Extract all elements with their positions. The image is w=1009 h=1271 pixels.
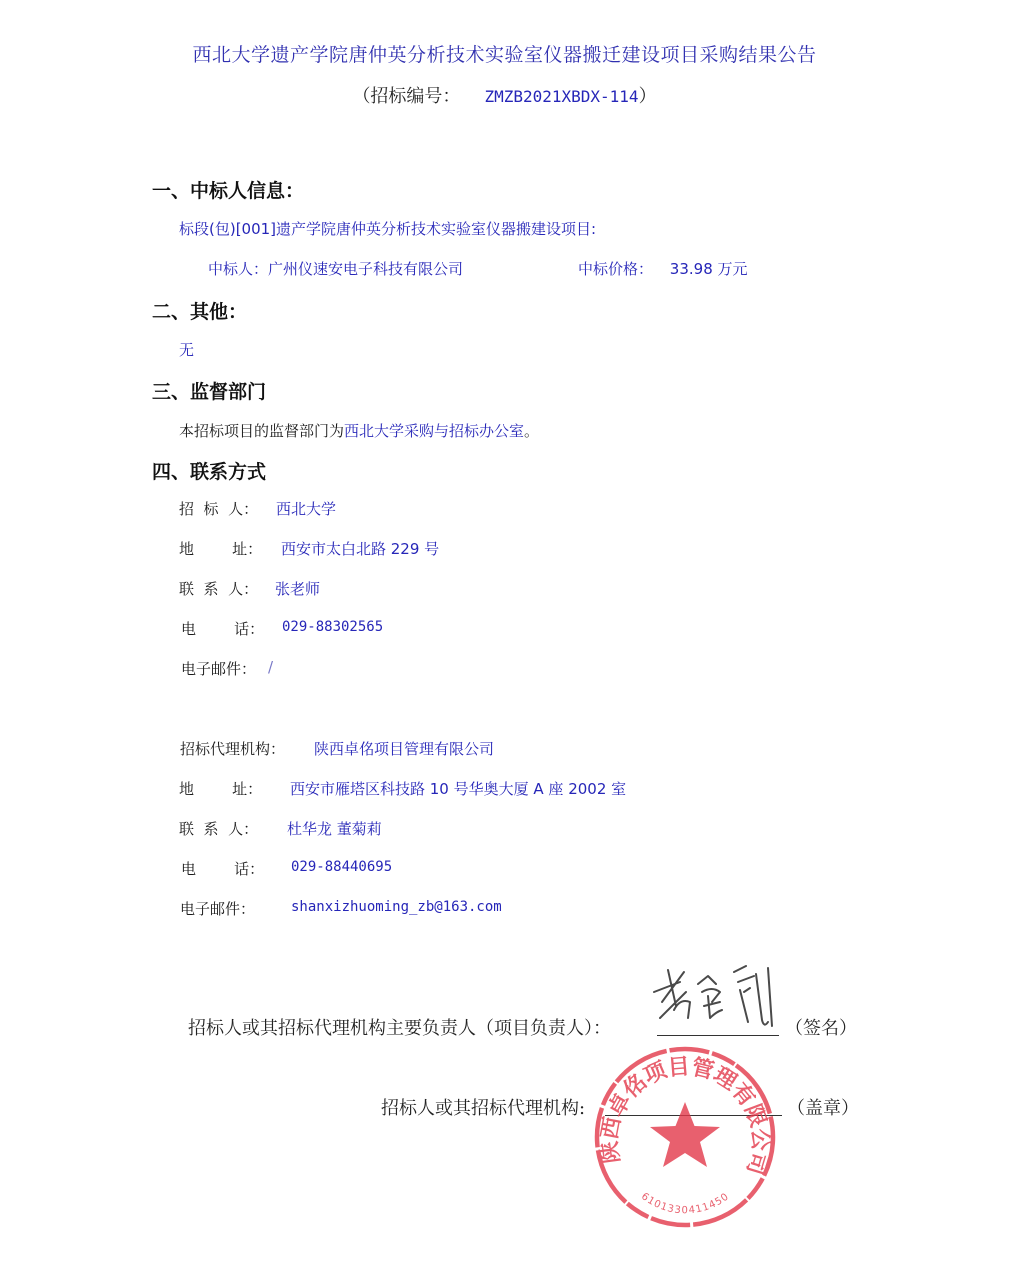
bid-number-close: ） [639, 86, 657, 107]
document-title: 西北大学遗产学院唐仲英分析技术实验室仪器搬迁建设项目采购结果公告 [0, 40, 1009, 67]
tenderer-address-label: 地 址： [179, 538, 262, 559]
bid-number-value: ZMZB2021XBDX-114 [484, 87, 638, 106]
tenderer-contact-value: 张老师 [275, 578, 320, 599]
section-heading-winner: 一、中标人信息： [152, 176, 304, 203]
tenderer-address-value: 西安市太白北路 229 号 [281, 538, 439, 559]
handwritten-signature-icon [650, 962, 780, 1032]
bid-number: （招标编号：ZMZB2021XBDX-114） [0, 82, 1009, 108]
supervision-dept: 西北大学采购与招标办公室 [344, 422, 524, 440]
winner-value: 广州仪速安电子科技有限公司 [268, 260, 463, 278]
winner-label: 中标人： [208, 260, 268, 278]
signature-suffix: （签名） [785, 1014, 857, 1040]
section-heading-contact: 四、联系方式 [152, 457, 266, 484]
tenderer-email-value: / [268, 658, 273, 676]
agency-address-label: 地 址： [179, 778, 262, 799]
other-content: 无 [179, 339, 194, 360]
agency-value: 陕西卓佲项目管理有限公司 [314, 738, 494, 759]
tenderer-phone-label: 电 话： [181, 618, 264, 639]
signature-line [657, 1035, 779, 1036]
tenderer-value: 西北大学 [276, 498, 336, 519]
agency-phone-value: 029-88440695 [291, 859, 392, 875]
supervision-suffix: 。 [524, 422, 539, 440]
tenderer-contact-label: 联 系 人： [179, 578, 258, 599]
responsible-person-label: 招标人或其招标代理机构主要负责人（项目负责人）： [188, 1014, 611, 1040]
agency-contact-label: 联 系 人： [179, 818, 258, 839]
price-row: 中标价格： 33.98 万元 [578, 258, 748, 279]
price-value: 33.98 万元 [670, 260, 748, 278]
supervision-prefix: 本招标项目的监督部门为 [179, 422, 344, 440]
agency-email-label: 电子邮件： [180, 898, 255, 919]
agency-stamp-label: 招标人或其招标代理机构: [381, 1094, 585, 1120]
bid-number-label: （招标编号： [352, 86, 460, 107]
agency-phone-label: 电 话： [181, 858, 264, 879]
agency-contact-value: 杜华龙 董菊莉 [287, 818, 382, 839]
agency-label: 招标代理机构： [180, 738, 285, 759]
winner-row: 中标人：广州仪速安电子科技有限公司 [208, 258, 463, 279]
tenderer-label: 招 标 人： [179, 498, 258, 519]
agency-email-value: shanxizhuoming_zb@163.com [291, 899, 502, 915]
section-heading-other: 二、其他： [152, 297, 247, 324]
tenderer-email-label: 电子邮件： [181, 658, 256, 679]
svg-text:6101330411450: 6101330411450 [639, 1191, 731, 1216]
stamp-suffix: （盖章） [787, 1094, 859, 1120]
tenderer-phone-value: 029-88302565 [282, 619, 383, 635]
company-seal-icon: 陕西卓佲项目管理有限公司 6101330411450 [590, 1042, 780, 1232]
agency-address-value: 西安市雁塔区科技路 10 号华奥大厦 A 座 2002 室 [290, 778, 626, 799]
supervision-content: 本招标项目的监督部门为西北大学采购与招标办公室。 [179, 420, 539, 441]
price-label: 中标价格： [578, 260, 653, 278]
section-heading-supervision: 三、监督部门 [152, 377, 266, 404]
lot-description: 标段(包)[001]遗产学院唐仲英分析技术实验室仪器搬建设项目: [179, 218, 596, 239]
seal-number: 6101330411450 [639, 1191, 731, 1216]
